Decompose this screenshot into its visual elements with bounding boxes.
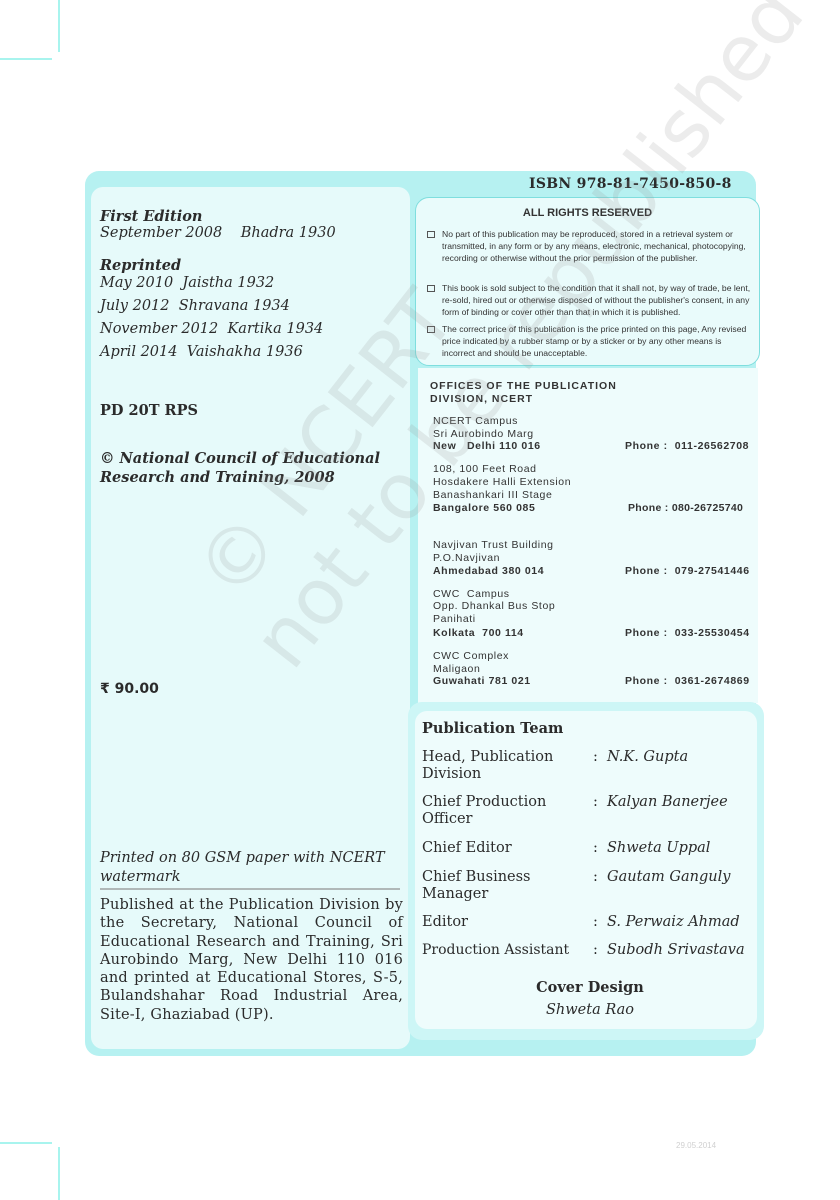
office-address-line: CWC Campus [433,588,510,601]
team-role: Editor [422,914,592,931]
colon: : [593,794,598,810]
office-address-line: CWC Complex [433,650,509,663]
colon: : [593,914,598,930]
colon: : [593,869,598,885]
team-role: Chief Production Officer [422,794,572,828]
copyright-line: © National Council of Educational [100,450,380,467]
team-role: Chief Business Manager [422,869,562,903]
office-address-line: Navjivan Trust Building [433,539,554,552]
reprint-date: May 2010 Jaistha 1932 [100,275,274,291]
office-phone: Phone : 033-25530454 [625,627,750,639]
office-city: Bangalore 560 085 [433,502,535,515]
team-member: S. Perwaiz Ahmad [607,914,740,930]
reprint-date: November 2012 Kartika 1934 [100,321,323,337]
office-city: Guwahati 781 021 [433,675,531,688]
team-role: Production Assistant [422,942,597,959]
office-address-line: NCERT Campus [433,415,518,428]
publication-code: PD 20T RPS [100,402,198,419]
office-phone: Phone : 011-26562708 [625,440,749,452]
team-member: Subodh Srivastava [607,942,745,958]
checkbox-bullet-icon [427,326,435,333]
publisher-note: Published at the Publication Division by… [100,896,403,1024]
crop-mark-bottom-left-h [0,1142,52,1144]
divider [100,888,400,890]
paper-note: watermark [100,869,181,885]
colon: : [593,840,598,856]
print-date: 29.05.2014 [676,1141,716,1150]
rights-item: The correct price of this publication is… [427,324,752,359]
office-address-line: Panihati [433,613,476,626]
office-address-line: P.O.Navjivan [433,552,500,565]
offices-title: DIVISION, NCERT [430,393,533,406]
price: ₹ 90.00 [100,681,159,697]
rights-title: ALL RIGHTS RESERVED [415,207,760,219]
reprint-date: July 2012 Shravana 1934 [100,298,290,314]
paper-note: Printed on 80 GSM paper with NCERT [100,850,385,866]
reprinted-label: Reprinted [100,257,181,274]
team-title: Publication Team [422,720,563,737]
office-address-line: 108, 100 Feet Road [433,463,537,476]
team-member: Shweta Uppal [607,840,710,856]
team-member: Kalyan Banerjee [607,794,728,810]
crop-mark-top-left-h [0,58,52,60]
office-phone: Phone : 079-27541446 [625,565,750,577]
cover-design-label: Cover Design [415,979,765,996]
office-address-line: Hosdakere Halli Extension [433,476,571,489]
office-city: New Delhi 110 016 [433,440,541,453]
office-city: Kolkata 700 114 [433,627,524,640]
office-city: Ahmedabad 380 014 [433,565,544,578]
crop-mark-top-left-v [58,0,60,52]
copyright-line: Research and Training, 2008 [100,469,335,486]
team-role: Head, Publication Division [422,749,572,783]
office-address-line: Maligaon [433,663,480,676]
office-address-line: Sri Aurobindo Marg [433,428,534,441]
team-role: Chief Editor [422,840,592,857]
office-phone: Phone : 0361-2674869 [625,675,750,687]
team-member: Gautam Ganguly [607,869,730,885]
cover-designer: Shweta Rao [415,1002,765,1018]
rights-item: This book is sold subject to the conditi… [427,283,752,318]
offices-title: OFFICES OF THE PUBLICATION [430,380,617,393]
colon: : [593,942,598,958]
isbn: ISBN 978-81-7450-850-8 [529,176,732,192]
office-address-line: Banashankari III Stage [433,489,552,502]
first-edition-date: September 2008 Bhadra 1930 [100,225,336,241]
reprint-date: April 2014 Vaishakha 1936 [100,344,303,360]
checkbox-bullet-icon [427,231,435,238]
checkbox-bullet-icon [427,285,435,292]
rights-item: No part of this publication may be repro… [427,229,752,264]
team-member: N.K. Gupta [607,749,688,765]
office-phone: Phone : 080-26725740 [628,502,743,514]
first-edition-label: First Edition [100,208,202,225]
colon: : [593,749,598,765]
office-address-line: Opp. Dhankal Bus Stop [433,600,555,613]
crop-mark-bottom-left-v [58,1147,60,1200]
